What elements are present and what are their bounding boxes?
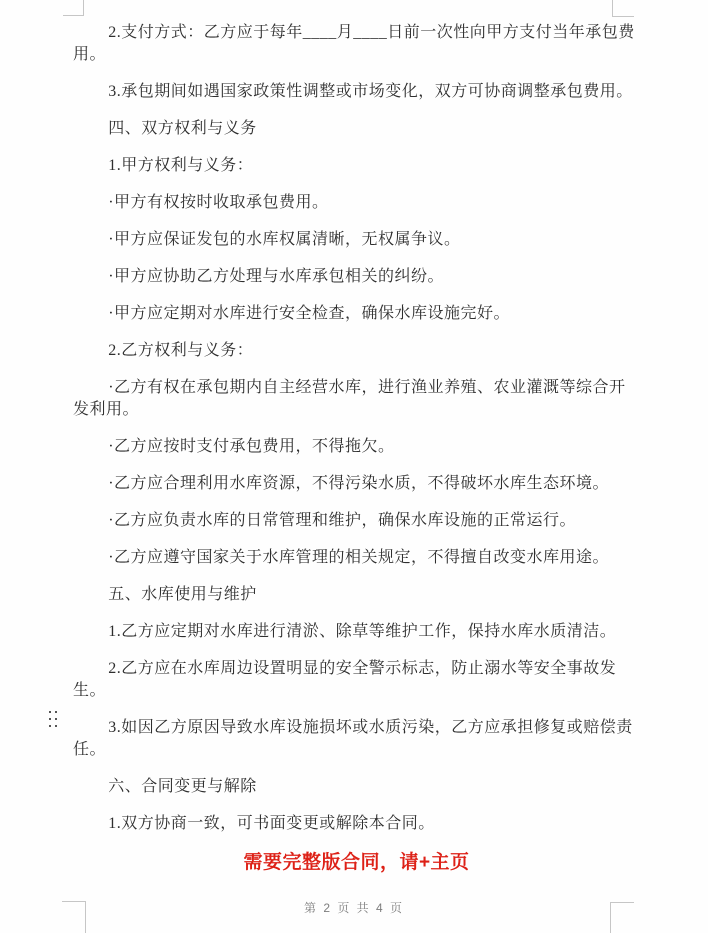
full-version-notice: 需要完整版合同，请+主页: [73, 850, 640, 875]
margin-crop-mark-top-right: [612, 0, 634, 17]
section-heading: 五、水库使用与维护: [73, 584, 640, 606]
margin-crop-mark-top-left: [63, 0, 84, 16]
contract-paragraph: 2.支付方式：乙方应于每年____月____日前一次性向甲方支付当年承包费用。: [73, 22, 640, 66]
contract-bullet-item: ·乙方应负责水库的日常管理和维护，确保水库设施的正常运行。: [73, 510, 640, 532]
contract-paragraph: 1.双方协商一致，可书面变更或解除本合同。: [73, 813, 640, 835]
contract-bullet-item: ·乙方应按时支付承包费用，不得拖欠。: [73, 436, 640, 458]
contract-bullet-item: ·甲方应保证发包的水库权属清晰，无权属争议。: [73, 229, 640, 251]
contract-body: 2.支付方式：乙方应于每年____月____日前一次性向甲方支付当年承包费用。 …: [73, 22, 640, 890]
paragraph-drag-handle-icon[interactable]: [49, 711, 57, 727]
contract-paragraph: 2.乙方权利与义务：: [73, 340, 640, 362]
contract-paragraph: 2.乙方应在水库周边设置明显的安全警示标志，防止溺水等安全事故发生。: [73, 658, 640, 702]
contract-bullet-item: ·甲方应协助乙方处理与水库承包相关的纠纷。: [73, 266, 640, 288]
page-number-footer: 第 2 页 共 4 页: [0, 901, 708, 915]
contract-bullet-item: ·甲方应定期对水库进行安全检查，确保水库设施完好。: [73, 303, 640, 325]
contract-paragraph: 3.如因乙方原因导致水库设施损坏或水质污染，乙方应承担修复或赔偿责任。: [73, 717, 640, 761]
contract-paragraph: 1.甲方权利与义务：: [73, 155, 640, 177]
contract-bullet-item: ·甲方有权按时收取承包费用。: [73, 192, 640, 214]
contract-paragraph: 1.乙方应定期对水库进行清淤、除草等维护工作，保持水库水质清洁。: [73, 621, 640, 643]
contract-bullet-item: ·乙方应合理利用水库资源，不得污染水质，不得破坏水库生态环境。: [73, 473, 640, 495]
contract-paragraph: 3.承包期间如遇国家政策性调整或市场变化，双方可协商调整承包费用。: [73, 81, 640, 103]
document-page: 2.支付方式：乙方应于每年____月____日前一次性向甲方支付当年承包费用。 …: [0, 0, 708, 933]
contract-bullet-item: ·乙方有权在承包期内自主经营水库，进行渔业养殖、农业灌溉等综合开发利用。: [73, 377, 640, 421]
section-heading: 六、合同变更与解除: [73, 776, 640, 798]
section-heading: 四、双方权利与义务: [73, 118, 640, 140]
contract-bullet-item: ·乙方应遵守国家关于水库管理的相关规定，不得擅自改变水库用途。: [73, 547, 640, 569]
